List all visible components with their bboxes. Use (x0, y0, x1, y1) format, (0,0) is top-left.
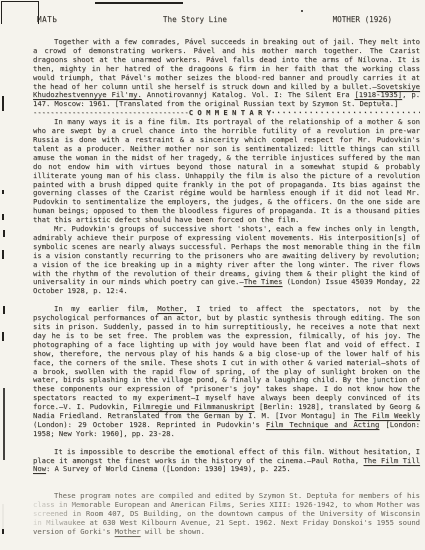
film-title-english: MOTHER (1926) (333, 15, 392, 24)
underlined-title: Filmregie und Filmmanuskript (133, 402, 255, 411)
underlined-title: Mother (157, 304, 183, 313)
page-title: The Story Line (163, 15, 227, 24)
commentary-paragraph-pudovkin: In my earlier film, Mother, I tried to a… (33, 305, 420, 439)
text-run: It is impossible to describe the emotion… (33, 447, 420, 465)
underlined-title: The Times (244, 277, 283, 286)
text-run: , I tried to affect the spectators, not … (33, 304, 420, 411)
page-header: МАТЬ The Story Line MOTHER (1926) (37, 15, 392, 24)
program-notes-footer: These program notes are compiled and edi… (33, 492, 420, 537)
text-run: Together with a few comrades, Pável succ… (33, 37, 420, 91)
commentary-paragraph-rotha: It is impossible to describe the emotion… (33, 448, 420, 475)
typewritten-page: МАТЬ The Story Line MOTHER (1926) Togeth… (0, 0, 425, 550)
text-run: Annotirovannyj Katalog. Vol. I: The Sile… (142, 90, 355, 99)
underlined-title: The Film Weekly (354, 411, 420, 420)
text-run: will be shown. (141, 527, 205, 536)
underlined-title: [1918-1935] (354, 90, 402, 99)
commentary-heading: C O M M E N T A R Y (189, 109, 271, 117)
synopsis-paragraph: Together with a few comrades, Pável succ… (33, 38, 420, 109)
text-run: These program notes are compiled and edi… (33, 491, 420, 536)
divider-dots: ······································· (271, 109, 420, 117)
commentary-paragraph-times-2: Mr. Pudovkin's groups of successive shor… (33, 225, 420, 296)
film-title-cyrillic: МАТЬ (37, 15, 57, 24)
commentary-paragraph-times-1: In many ways it is a fine film. Its port… (33, 118, 420, 225)
text-run: : A Survey of World Cinema ([London: 193… (46, 464, 291, 473)
footer-section: These program notes are compiled and edi… (33, 492, 420, 537)
underlined-title: Film Technique and Acting (266, 420, 379, 429)
text-run: (London): 29 October 1928. Reprinted in … (33, 420, 266, 429)
divider-dashes: ------------------------------------ (33, 109, 189, 117)
text-run: In my earlier film, (54, 304, 157, 313)
text-run: In many ways it is a fine film. Its port… (33, 117, 420, 224)
underlined-title: Mother (115, 527, 141, 536)
scanned-document-page: { "doc": { "header": { "left": "МАТЬ", "… (0, 0, 425, 550)
